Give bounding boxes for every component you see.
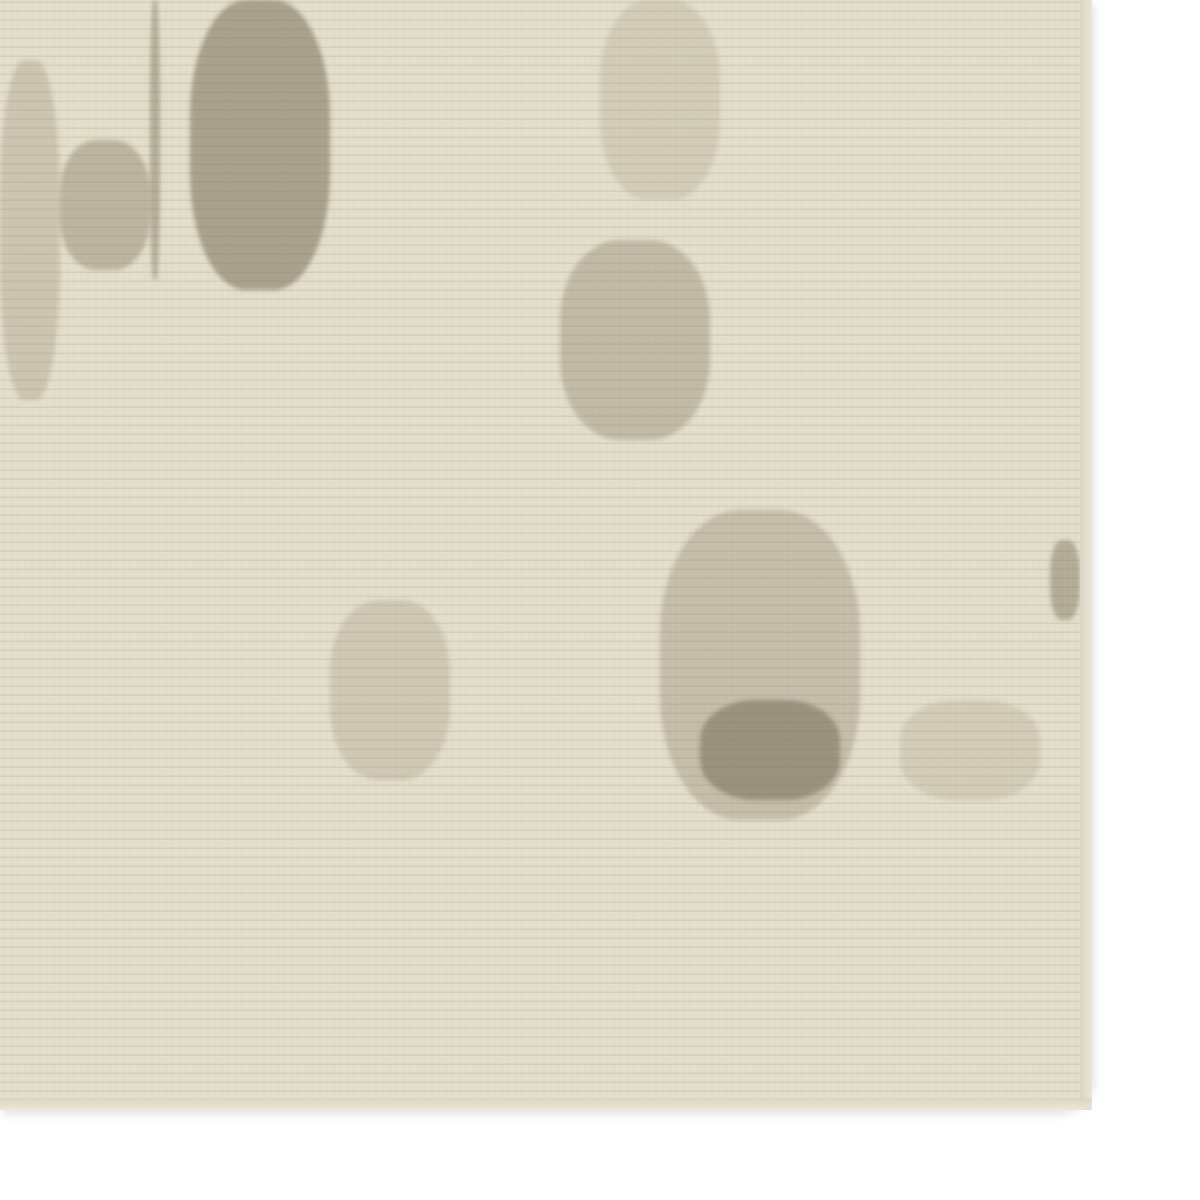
pattern-blot xyxy=(600,0,720,200)
pattern-blot xyxy=(330,600,450,780)
rug-edge-bottom xyxy=(0,1098,1092,1110)
pattern-blot xyxy=(190,0,330,290)
pattern-blot xyxy=(0,60,60,400)
pattern-blot xyxy=(560,240,710,440)
pattern-blot xyxy=(150,0,160,280)
pattern-blot xyxy=(900,700,1040,800)
pattern-blot xyxy=(1050,540,1080,620)
rug-corner xyxy=(0,0,1092,1110)
pattern-blot xyxy=(60,140,150,270)
pattern-blot xyxy=(700,700,840,800)
rug-edge-right xyxy=(1080,0,1092,1110)
